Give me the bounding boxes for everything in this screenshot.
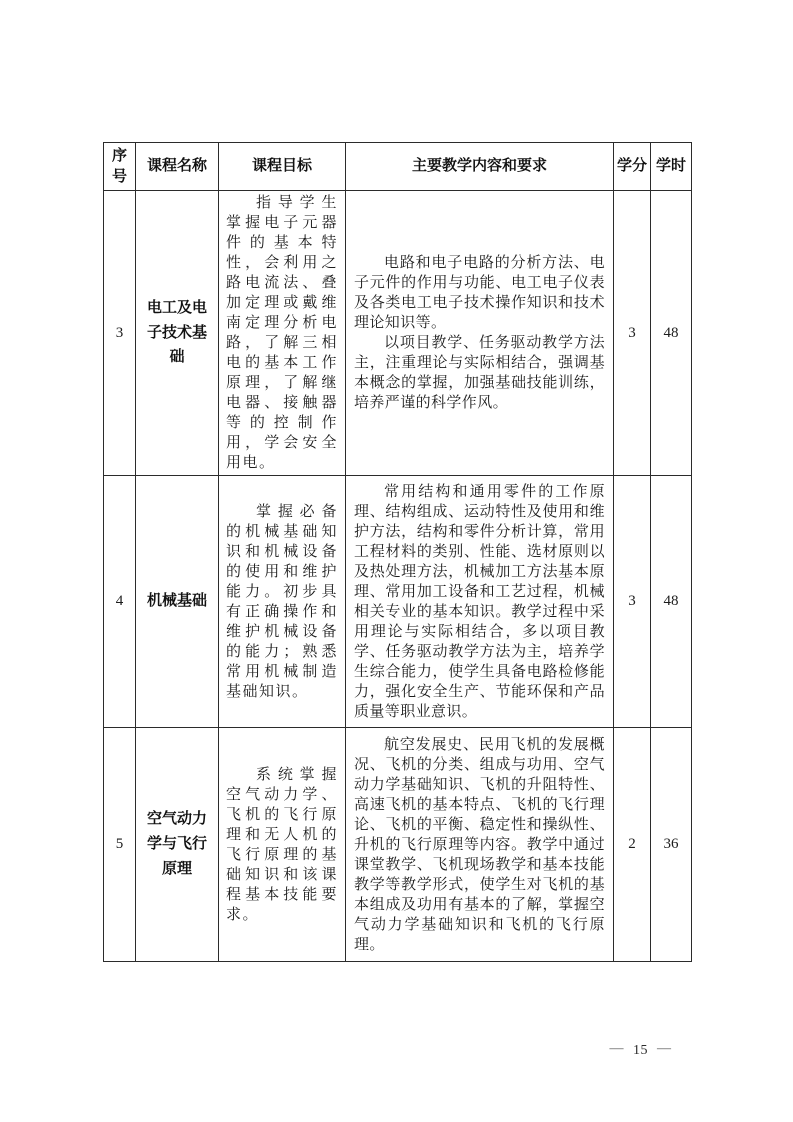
- header-course-name: 课程名称: [136, 143, 219, 191]
- course-name: 机械基础: [136, 476, 219, 728]
- course-hours: 48: [651, 191, 692, 476]
- course-objective: 系统掌握空气动力学、飞机的飞行原理和无人机的飞行原理的基础知识和该课程基本技能要…: [219, 728, 346, 962]
- course-name: 空气动力学与飞行原理: [136, 728, 219, 962]
- course-credits: 3: [614, 476, 651, 728]
- course-name: 电工及电子技术基础: [136, 191, 219, 476]
- header-no: 序号: [104, 143, 136, 191]
- course-hours: 36: [651, 728, 692, 962]
- table-header-row: 序号 课程名称 课程目标 主要教学内容和要求 学分 学时: [104, 143, 692, 191]
- row-number: 3: [104, 191, 136, 476]
- table-row: 5 空气动力学与飞行原理 系统掌握空气动力学、飞机的飞行原理和无人机的飞行原理的…: [104, 728, 692, 962]
- course-credits: 2: [614, 728, 651, 962]
- course-hours: 48: [651, 476, 692, 728]
- header-credits: 学分: [614, 143, 651, 191]
- table-row: 3 电工及电子技术基础 指导学生掌握电子元器件的基本特性，会利用之路电流法、叠加…: [104, 191, 692, 476]
- course-content: 电路和电子电路的分析方法、电子元件的作用与功能、电工电子仪表及各类电工电子技术操…: [346, 191, 614, 476]
- objective-paragraph: 掌握必备的机械基础知识和机械设备的使用和维护能力。初步具有正确操作和维护机械设备…: [226, 502, 338, 702]
- content-paragraph: 常用结构和通用零件的工作原理、结构组成、运动特性及使用和维护方法，结构和零件分析…: [354, 482, 605, 722]
- page-footer: —15—: [578, 1043, 703, 1059]
- course-objective: 掌握必备的机械基础知识和机械设备的使用和维护能力。初步具有正确操作和维护机械设备…: [219, 476, 346, 728]
- header-course-objective: 课程目标: [219, 143, 346, 191]
- header-hours: 学时: [651, 143, 692, 191]
- objective-paragraph: 指导学生掌握电子元器件的基本特性，会利用之路电流法、叠加定理或戴维南定理分析电路…: [226, 193, 338, 473]
- content-paragraph: 以项目教学、任务驱动教学方法主，注重理论与实际相结合，强调基本概念的掌握，加强基…: [354, 333, 605, 413]
- footer-right-dash: —: [657, 1041, 672, 1057]
- course-objective: 指导学生掌握电子元器件的基本特性，会利用之路电流法、叠加定理或戴维南定理分析电路…: [219, 191, 346, 476]
- course-content: 航空发展史、民用飞机的发展概况、飞机的分类、组成与功用、空气动力学基础知识、飞机…: [346, 728, 614, 962]
- course-credits: 3: [614, 191, 651, 476]
- row-number: 5: [104, 728, 136, 962]
- table-row: 4 机械基础 掌握必备的机械基础知识和机械设备的使用和维护能力。初步具有正确操作…: [104, 476, 692, 728]
- document-page: 序号 课程名称 课程目标 主要教学内容和要求 学分 学时 3 电工及电子技术基础…: [0, 0, 793, 1122]
- footer-left-dash: —: [610, 1041, 625, 1057]
- row-number: 4: [104, 476, 136, 728]
- objective-paragraph: 系统掌握空气动力学、飞机的飞行原理和无人机的飞行原理的基础知识和该课程基本技能要…: [226, 765, 338, 925]
- content-paragraph: 航空发展史、民用飞机的发展概况、飞机的分类、组成与功用、空气动力学基础知识、飞机…: [354, 735, 605, 955]
- course-content: 常用结构和通用零件的工作原理、结构组成、运动特性及使用和维护方法，结构和零件分析…: [346, 476, 614, 728]
- page-number: 15: [633, 1043, 648, 1058]
- header-main-content: 主要教学内容和要求: [346, 143, 614, 191]
- course-table: 序号 课程名称 课程目标 主要教学内容和要求 学分 学时 3 电工及电子技术基础…: [103, 142, 692, 962]
- content-paragraph: 电路和电子电路的分析方法、电子元件的作用与功能、电工电子仪表及各类电工电子技术操…: [354, 253, 605, 333]
